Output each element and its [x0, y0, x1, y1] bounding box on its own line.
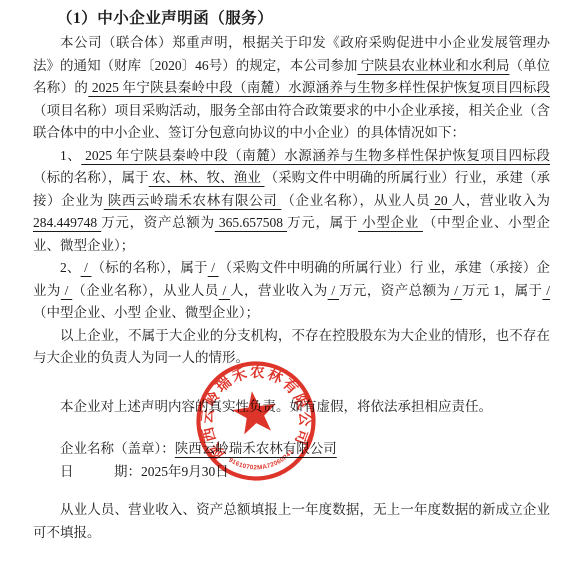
- item2-text-6: 万元 1，属于: [462, 283, 543, 298]
- item2-subject-slash: /: [81, 260, 92, 275]
- footnote-text: 从业人员、营业收入、资产总额填报上一年度数据，无上一年度数据的新成立企业可不填报…: [33, 499, 550, 544]
- item2-employee-slash: /: [219, 283, 230, 298]
- purchaser-name: 宁陕县农业林业和水利局: [357, 58, 509, 73]
- company-label: 企业名称（盖章）：: [60, 441, 175, 456]
- revenue-value: 284.449748: [33, 215, 101, 230]
- intro-tail-text: （项目名称）项目采购活动，服务全部由符合政策要求的中小企业承接，相关企业（含联合…: [33, 103, 550, 141]
- industry-value: 农、林、牧、渔业: [149, 170, 265, 185]
- project-name: 2025 年宁陕县秦岭中段（南麓）水源涵养与生物多样性保护恢复项目四标段: [88, 80, 550, 95]
- item2-assets-slash: /: [450, 283, 461, 298]
- subject-name: 2025 年宁陕县秦岭中段（南麓）水源涵养与生物多样性保护恢复项目四标段: [81, 148, 550, 163]
- item2-size-slash: /: [542, 283, 550, 298]
- contractor-name: 陕西云岭瑞禾农林有限公司: [104, 193, 282, 208]
- item2-text-4: 人，营业收入为: [230, 283, 328, 298]
- item2-text-3: （企业名称），从业人员: [72, 283, 218, 298]
- paragraph-intro: 本公司（联合体）郑重声明，根据关于印发《政府采购促进中小企业发展管理办法》的通知…: [33, 32, 550, 145]
- item2-number: 2、: [60, 260, 81, 275]
- assets-value: 365.657508: [215, 215, 287, 230]
- item1-number: 1、: [60, 148, 81, 163]
- item2-text-1: （标的名称），属于: [91, 260, 207, 275]
- date-value: 2025年9月30日: [141, 464, 229, 479]
- paragraph-no-large-enterprise: 以上企业，不属于大企业的分支机构，不存在控股股东为大企业的情形，也不存在 与大企…: [33, 325, 550, 370]
- date-line: 日 期：2025年9月30日: [33, 461, 550, 484]
- item-1: 1、 2025 年宁陕县秦岭中段（南麓）水源涵养与生物多样性保护恢复项目四标段（…: [33, 145, 550, 258]
- paragraph-liability: 本企业对上述声明内容的真实性负责。如有虚假，将依法承担相应责任。: [33, 396, 550, 419]
- item1-text-1: （标的名称），属于: [33, 170, 149, 185]
- item2-revenue-slash: /: [328, 283, 339, 298]
- company-seal-line: 企业名称（盖章）：陕西云岭瑞禾农林有限公司: [33, 438, 550, 461]
- signature-block: 企业名称（盖章）：陕西云岭瑞禾农林有限公司 日 期：2025年9月30日: [33, 438, 550, 483]
- item2-industry-slash: /: [208, 260, 219, 275]
- item2-company-slash: /: [61, 283, 72, 298]
- enterprise-size-value: 小型企业: [358, 215, 423, 230]
- document-title: （1）中小企业声明函（服务）: [33, 7, 550, 30]
- employee-count: 20: [430, 193, 452, 208]
- signature-company-name: 陕西云岭瑞禾农林有限公司: [175, 441, 337, 456]
- date-label: 日 期：: [60, 464, 141, 479]
- declaration-document: （1）中小企业声明函（服务） 本公司（联合体）郑重声明，根据关于印发《政府采购促…: [0, 0, 581, 564]
- item1-text-3: （企业名称），从业人员: [281, 193, 430, 208]
- item2-text-5: 万元，资产总额为: [339, 283, 450, 298]
- item1-text-4: 人，营业收入为: [452, 193, 550, 208]
- item1-text-6: 万元，属于: [287, 215, 358, 230]
- item2-text-7: （中型企业、小型 企业、微型企业）；: [33, 305, 259, 320]
- item1-text-5: 万元，资产总额为: [101, 215, 215, 230]
- item-2: 2、 / （标的名称），属于 / （采购文件中明确的所属行业）行 业，承建（承接…: [33, 257, 550, 325]
